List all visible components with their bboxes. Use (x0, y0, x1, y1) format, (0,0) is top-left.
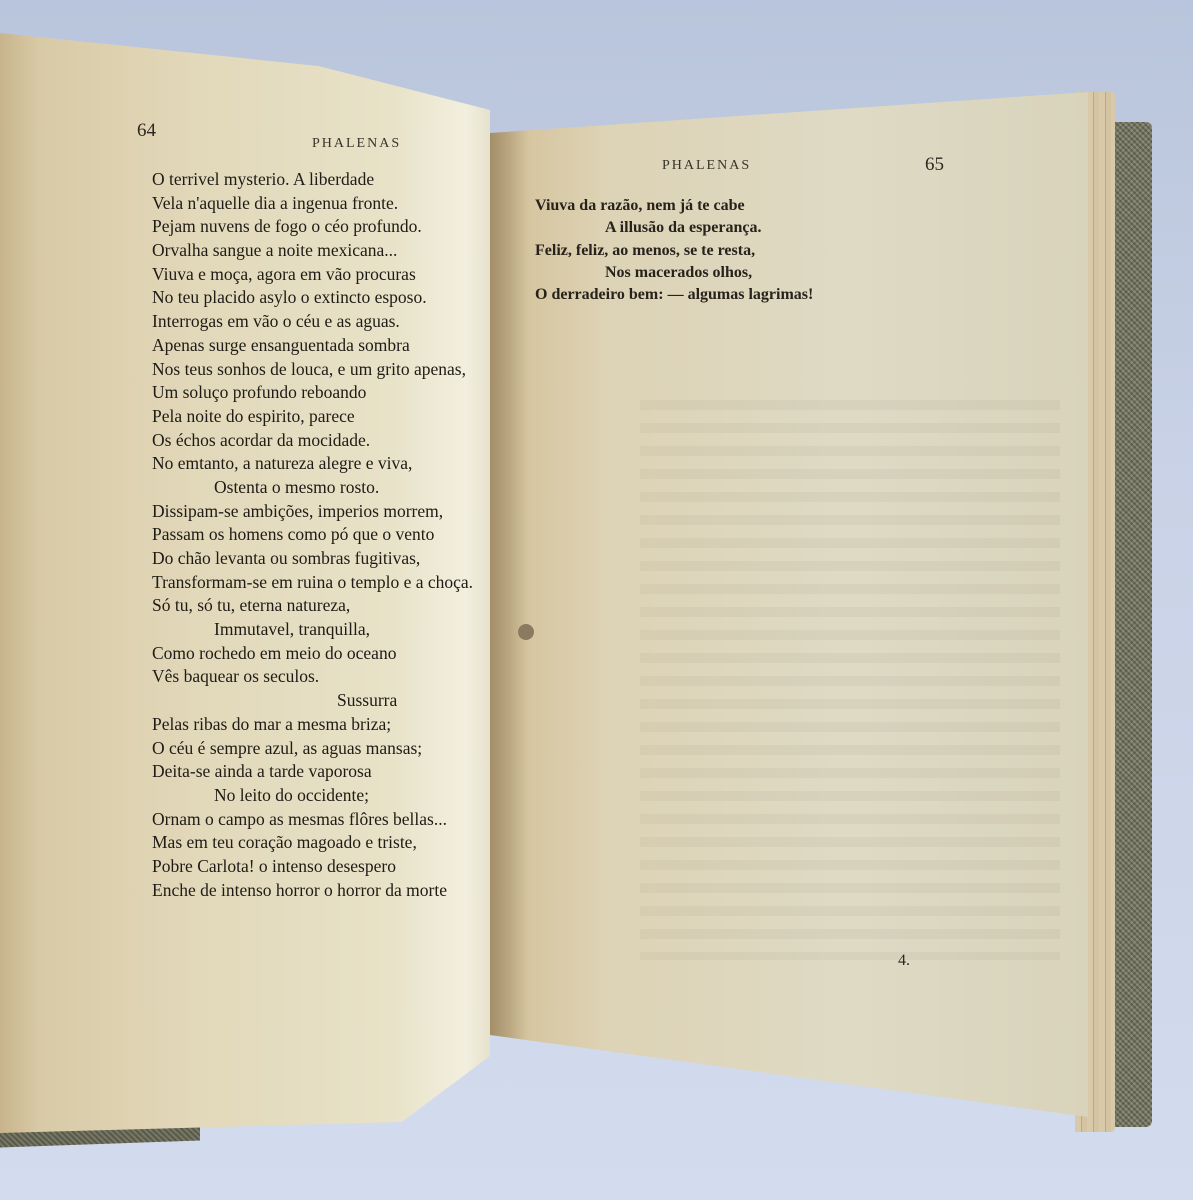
verse-line: Viuva da razão, nem já te cabe (535, 195, 813, 217)
gutter-shadow (490, 92, 530, 1117)
signature-mark: 4. (898, 952, 910, 970)
verse-line: Pelas ribas do mar a mesma briza; (152, 713, 473, 737)
verse-line: O céu é sempre azul, as aguas mansas; (152, 737, 473, 761)
verse-line: Como rochedo em meio do oceano (152, 642, 473, 666)
verse-line: Orvalha sangue a noite mexicana... (152, 239, 473, 263)
verse-line: Os échos acordar da mocidade. (152, 429, 473, 453)
verse-line: Interrogas em vão o céu e as aguas. (152, 310, 473, 334)
verse-line: Sussurra (152, 689, 473, 713)
verse-line: Vela n'aquelle dia a ingenua fronte. (152, 192, 473, 216)
paper-stain (518, 624, 534, 640)
verse-line: A illusão da esperança. (535, 217, 813, 239)
verse-line: Nos teus sonhos de louca, e um grito ape… (152, 358, 473, 382)
left-page-number: 64 (137, 120, 156, 142)
verse-line: Viuva e moça, agora em vão procuras (152, 263, 473, 287)
verse-line: Vês baquear os seculos. (152, 665, 473, 689)
verse-line: Ostenta o mesmo rosto. (152, 476, 473, 500)
right-page-number: 65 (925, 154, 944, 176)
verse-line: Do chão levanta ou sombras fugitivas, (152, 547, 473, 571)
verse-line: Dissipam-se ambições, imperios morrem, (152, 500, 473, 524)
verse-line: Ornam o campo as mesmas flôres bellas... (152, 808, 473, 832)
verse-line: No emtanto, a natureza alegre e viva, (152, 452, 473, 476)
verse-line: Pela noite do espirito, parece (152, 405, 473, 429)
right-page-verse: Viuva da razão, nem já te cabe A illusão… (535, 195, 813, 306)
verse-line: Transformam-se em ruina o templo e a cho… (152, 571, 473, 595)
verse-line: Pejam nuvens de fogo o céo profundo. (152, 215, 473, 239)
verse-line: Apenas surge ensanguentada sombra (152, 334, 473, 358)
left-page-verse: O terrivel mysterio. A liberdade Vela n'… (152, 168, 473, 902)
verse-line: No leito do occidente; (152, 784, 473, 808)
verse-line: Um soluço profundo reboando (152, 381, 473, 405)
book-photo: PHALENAS 65 Viuva da razão, nem já te ca… (0, 0, 1193, 1200)
show-through-text (640, 400, 1060, 960)
verse-line: Enche de intenso horror o horror da mort… (152, 879, 473, 903)
verse-line: No teu placido asylo o extincto esposo. (152, 286, 473, 310)
right-running-head: PHALENAS (662, 158, 751, 174)
verse-line: O derradeiro bem: — algumas lagrimas! (535, 284, 813, 306)
left-running-head: PHALENAS (312, 136, 401, 152)
verse-line: O terrivel mysterio. A liberdade (152, 168, 473, 192)
verse-line: Immutavel, tranquilla, (152, 618, 473, 642)
verse-line: Feliz, feliz, ao menos, se te resta, (535, 240, 813, 262)
verse-line: Nos macerados olhos, (535, 262, 813, 284)
verse-line: Passam os homens como pó que o vento (152, 523, 473, 547)
verse-line: Deita-se ainda a tarde vaporosa (152, 760, 473, 784)
verse-line: Mas em teu coração magoado e triste, (152, 831, 473, 855)
verse-line: Só tu, só tu, eterna natureza, (152, 594, 473, 618)
verse-line: Pobre Carlota! o intenso desespero (152, 855, 473, 879)
